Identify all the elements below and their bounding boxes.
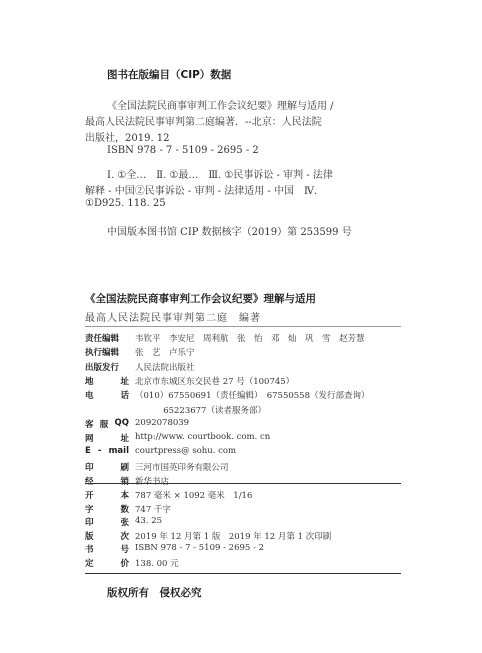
cip-isbn-line: ISBN 978 - 7 - 5109 - 2695 - 2 [107, 145, 259, 156]
book-author: 最高人民法院民事审判第二庭 编著 [85, 309, 261, 324]
label-char: 经 [85, 475, 94, 487]
credit-value: 北京市东城区东交民巷 27 号（100745） [135, 375, 294, 387]
spec-value: 747 千字 [135, 503, 171, 515]
credit-value: 三河市国英印务有限公司 [135, 461, 229, 473]
credit-label: 电话 [85, 389, 129, 401]
credit-value: 韦钦平 李安尼 周利航 张 怡 邓 灿 巩 雪 赵芳慧 [135, 332, 365, 344]
cip-classification-line-1: Ⅰ. ①全… Ⅱ. ①最… Ⅲ. ①民事诉讼 - 审判 - 法律 [107, 166, 333, 181]
spec-value: 43. 25 [135, 516, 162, 526]
label-char: QQ [115, 418, 129, 430]
cip-verification-number: 中国版本图书馆 CIP 数据核字（2019）第 253599 号 [107, 223, 352, 238]
spec-label: 版次 [85, 530, 129, 542]
label-char: 版 [85, 530, 94, 542]
credit-value: 人民法院出版社 [135, 361, 195, 373]
spec-label: 书号 [85, 543, 129, 555]
label-char: mail [109, 446, 129, 456]
cip-publisher-line: 出版社，2019. 12 [85, 129, 170, 144]
label-char: 印 [85, 461, 94, 473]
label-char: 服 [100, 418, 109, 430]
label-char: 地 [85, 375, 94, 387]
label-char: 开 [85, 489, 94, 501]
cip-author-line: 最高人民法院民事审判第二庭编著．--北京：人民法院 [85, 113, 322, 128]
spec-value: 2019 年 12 月第 1 版 2019 年 12 月第 1 次印刷 [135, 530, 331, 542]
credit-label: 地址 [85, 375, 129, 387]
spec-label: 印张 [85, 516, 129, 528]
credit-label: 出版发行 [85, 361, 129, 373]
cip-title-line: 《全国法院民商事审判工作会议纪要》理解与适用 / [107, 97, 334, 112]
label-char: 定 [85, 557, 94, 569]
credit-label: 责任编辑 [85, 332, 129, 344]
cip-heading: 图书在版编目（CIP）数据 [107, 67, 231, 82]
divider [85, 326, 401, 327]
label-char: E [85, 446, 91, 456]
spec-value: ISBN 978 - 7 - 5109 - 2695 - 2 [135, 543, 264, 553]
spec-value: 787 毫米 × 1092 毫米 1/16 [135, 489, 252, 501]
label-char: 客 [85, 418, 94, 430]
label-char: 刷 [120, 461, 129, 473]
label-char: 印 [85, 516, 94, 528]
spec-label: 开本 [85, 489, 129, 501]
label-char: 书 [85, 543, 94, 555]
credit-label: 印刷 [85, 461, 129, 473]
label-char: 数 [120, 503, 129, 515]
label-char: 出版发行 [85, 361, 119, 373]
copyright-notice: 版权所有 侵权必究 [107, 585, 202, 600]
label-char: 电 [85, 389, 94, 401]
credit-value: courtpress@ sohu. com [135, 446, 236, 456]
cip-classification-line-3: ①D925. 118. 25 [85, 198, 166, 209]
spec-label: 定价 [85, 557, 129, 569]
label-char: 字 [85, 503, 94, 515]
label-char: 责任编辑 [85, 332, 119, 344]
label-char: 号 [120, 543, 129, 555]
spec-value: 138. 00 元 [135, 557, 179, 569]
label-char: 执行编辑 [85, 346, 119, 358]
credit-value: 2092078039 [135, 418, 189, 428]
spec-label: 字数 [85, 503, 129, 515]
label-char: 网 [85, 432, 94, 444]
cip-classification-line-2: 解释 - 中国②民事诉讼 - 审判 - 法律适用 - 中国 Ⅳ. [85, 182, 317, 197]
credit-value: 65223677（读者服务部） [135, 404, 266, 416]
credit-label: 执行编辑 [85, 346, 129, 358]
credit-label: 经销 [85, 475, 129, 487]
credit-label: E-mail [85, 446, 129, 456]
label-char: 话 [120, 389, 129, 401]
label-char: 销 [120, 475, 129, 487]
label-char: 张 [120, 516, 129, 528]
divider [85, 483, 401, 484]
label-char: 址 [120, 432, 129, 444]
divider [85, 573, 401, 574]
label-char: - [98, 446, 102, 456]
credit-value: 张 艺 卢乐宁 [135, 346, 195, 358]
credit-value: http://www. courtbook. com. cn [135, 432, 270, 442]
label-char: 次 [120, 530, 129, 542]
credit-label: 客服QQ [85, 418, 129, 430]
credit-label: 网址 [85, 432, 129, 444]
label-char: 本 [120, 489, 129, 501]
label-char: 址 [120, 375, 129, 387]
book-title: 《全国法院民商事审判工作会议纪要》理解与适用 [85, 291, 316, 306]
credit-value: 新华书店 [135, 475, 169, 487]
label-char: 价 [120, 557, 129, 569]
credit-value: （010）67550691（责任编辑） 67550558（发行部查询） [135, 389, 370, 401]
